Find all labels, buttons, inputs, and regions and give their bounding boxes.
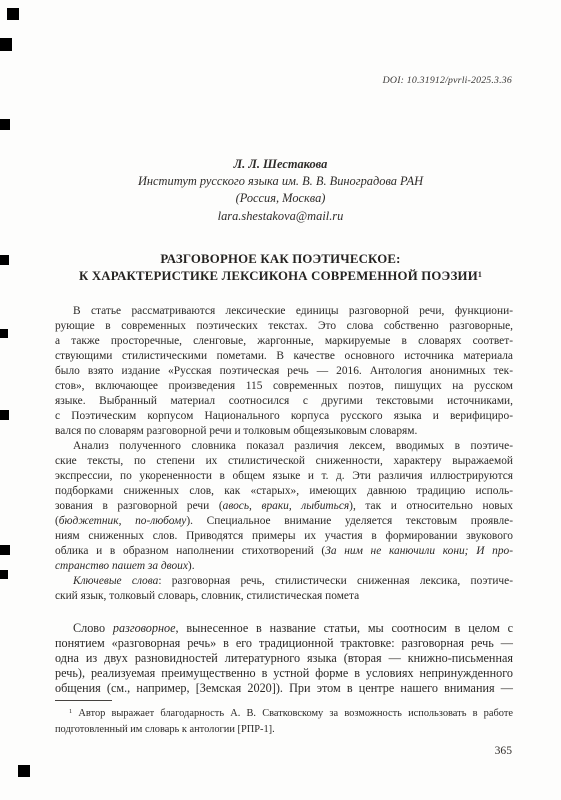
author-name: Л. Л. Шестакова — [0, 156, 561, 173]
text-line: В статье рассматриваются лексические еди… — [55, 304, 513, 319]
text-line: подборками сниженных слов, как «старых»,… — [55, 484, 513, 499]
text-line: странство пашет за двоих). — [55, 559, 513, 574]
text-line: языке. Выбранный материал соотносился с … — [55, 394, 513, 409]
artifact-square — [0, 38, 12, 51]
text-line: речь), реализуемая преимущественно в уст… — [55, 666, 513, 681]
doi-text: DOI: 10.31912/pvrli-2025.3.36 — [383, 75, 512, 86]
artifact-square — [0, 570, 8, 579]
artifact-square — [0, 119, 10, 130]
footnote-rule — [55, 700, 112, 701]
author-block: Л. Л. Шестакова Институт русского языка … — [0, 156, 561, 225]
text-line: ский язык, толковый словарь, словник, ст… — [55, 589, 513, 604]
text-line: (бюджетник, по-любому). Специальное вним… — [55, 514, 513, 529]
text-line: Слово разговорное, вынесенное в название… — [55, 621, 513, 636]
artifact-square — [0, 329, 8, 338]
text-line: было взято издание «Русская поэтическая … — [55, 364, 513, 379]
text-line: ские тексты, по степени их стилистическо… — [55, 454, 513, 469]
text-line: зования в разговорной речи (авось, враки… — [55, 499, 513, 514]
text-line: стов», включающее произведения 115 совре… — [55, 379, 513, 394]
text-line: облика и в образном наполнении стихотвор… — [55, 544, 513, 559]
text-line: Анализ полученного словника показал разл… — [55, 439, 513, 454]
artifact-square — [0, 545, 10, 555]
text-line: Ключевые слова: разговорная речь, стилис… — [55, 574, 513, 589]
text-line: подготовленный им словарь к антологии [Р… — [55, 722, 513, 737]
artifact-square — [7, 8, 19, 20]
text-line: РАЗГОВОРНОЕ КАК ПОЭТИЧЕСКОЕ: — [30, 251, 531, 268]
page-number: 365 — [495, 744, 512, 757]
text-line: ниям сниженных слов. Приводятся примеры … — [55, 529, 513, 544]
article-title: РАЗГОВОРНОЕ КАК ПОЭТИЧЕСКОЕ:К ХАРАКТЕРИС… — [30, 251, 531, 287]
artifact-square — [0, 410, 9, 420]
text-line: экспрессии, по укорененности в общем язы… — [55, 469, 513, 484]
abstract-and-keywords: В статье рассматриваются лексические еди… — [55, 304, 513, 604]
text-line: вался по словарям разговорной речи и тол… — [55, 424, 513, 439]
text-line: понятием «разговорная речь» в его традиц… — [55, 636, 513, 651]
text-line: общения (см., например, [Земская 2020]).… — [55, 681, 513, 696]
text-line: К ХАРАКТЕРИСТИКЕ ЛЕКСИКОНА СОВРЕМЕННОЙ П… — [30, 268, 531, 286]
author-location: (Россия, Москва) — [0, 190, 561, 207]
author-affiliation: Институт русского языка им. В. В. Виногр… — [0, 173, 561, 190]
text-line: рующие в современных поэтических текстах… — [55, 319, 513, 334]
artifact-square — [0, 255, 9, 265]
text-line: а также просторечные, сленговые, жаргонн… — [55, 334, 513, 349]
text-line: одна из двух разновидностей литературног… — [55, 651, 513, 666]
text-line: с Поэтическим корпусом Национального кор… — [55, 409, 513, 424]
author-email: lara.shestakova@mail.ru — [0, 208, 561, 225]
footnote: 1 Автор выражает благодарность А. В. Сва… — [55, 706, 513, 737]
text-line: ствующими стилистическими пометами. В ка… — [55, 349, 513, 364]
text-line: 1 Автор выражает благодарность А. В. Сва… — [55, 706, 513, 722]
paper-page: DOI: 10.31912/pvrli-2025.3.36 Л. Л. Шест… — [0, 0, 561, 800]
body-paragraph: Слово разговорное, вынесенное в название… — [55, 621, 513, 696]
artifact-square — [18, 765, 30, 777]
